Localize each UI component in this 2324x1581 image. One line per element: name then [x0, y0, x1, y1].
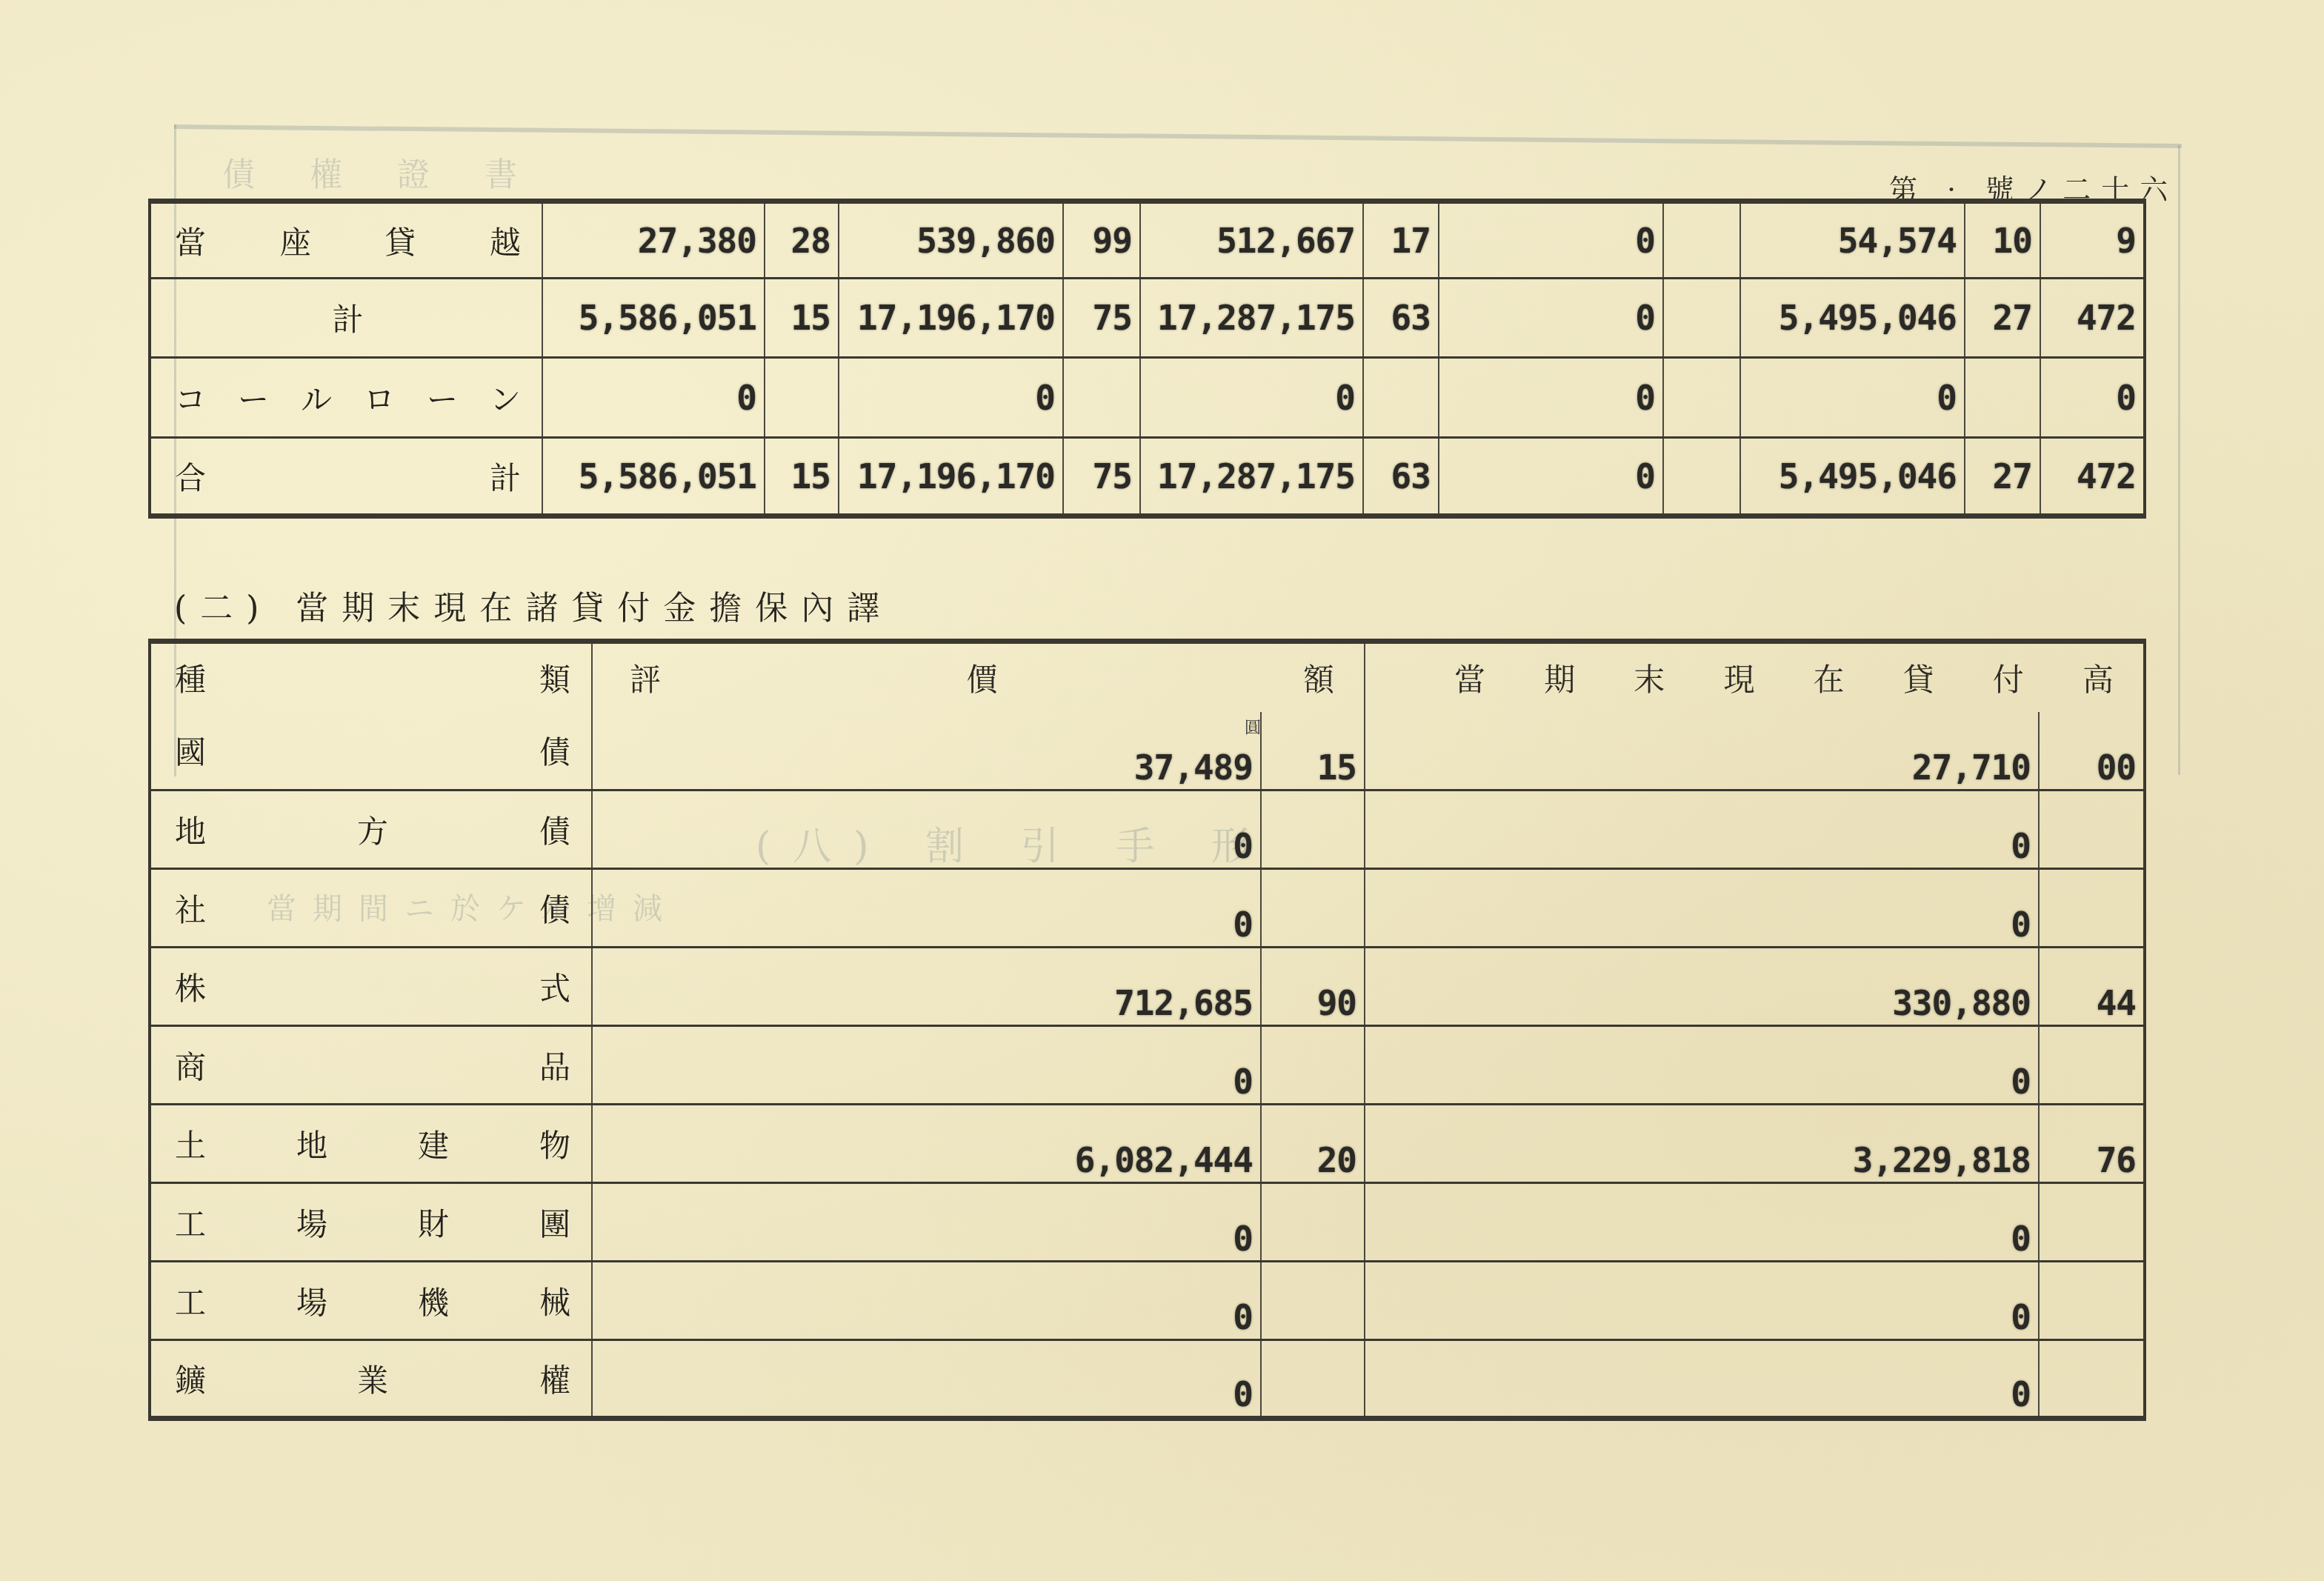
table-row: 社債00	[150, 869, 2145, 948]
label-char: 債	[539, 728, 570, 773]
valuation-sen	[1261, 1340, 1365, 1419]
yen-cell: 0	[1439, 438, 1663, 516]
sen-cell: 99	[1063, 202, 1140, 279]
table-row: 工場機械00	[150, 1262, 2145, 1340]
valuation-sen: 15	[1261, 712, 1365, 790]
sen-cell	[1063, 358, 1140, 438]
header-char: 類	[539, 656, 570, 700]
label-char: 建	[418, 1122, 449, 1166]
yen-cell: 472	[2040, 438, 2145, 516]
collateral-type: 株式	[150, 948, 592, 1026]
valuation-sen: 90	[1261, 948, 1365, 1026]
sen-cell: 75	[1063, 279, 1140, 358]
collateral-type: 工場財團	[150, 1183, 592, 1262]
valuation-yen: 0	[592, 1262, 1261, 1340]
current-yen: 3,229,818	[1365, 1105, 2039, 1183]
sen-cell	[765, 358, 839, 438]
current-yen: 0	[1365, 790, 2039, 869]
current-yen: 0	[1365, 1026, 2039, 1105]
bleed-through-header: 債 權 證 書	[222, 148, 539, 196]
yen-cell: 27,380	[542, 202, 765, 279]
collateral-type: 土地建物	[150, 1105, 592, 1183]
collateral-type: 地方債	[150, 790, 592, 869]
label-char: 債	[539, 886, 570, 931]
label-char: 械	[539, 1279, 570, 1323]
yen-cell: 0	[839, 358, 1063, 438]
label-char: 商	[175, 1043, 206, 1088]
collateral-type: 社債	[150, 869, 592, 948]
yen-cell: 539,860	[839, 202, 1063, 279]
yen-cell: 0	[1439, 202, 1663, 279]
valuation-yen: 0	[592, 1026, 1261, 1105]
yen-unit-mark: 圓	[1245, 715, 1261, 738]
label-char: ン	[490, 376, 521, 420]
current-yen: 0	[1365, 1340, 2039, 1419]
label-char: ー	[427, 376, 458, 420]
yen-cell: 5,495,046	[1740, 279, 1965, 358]
label-char: 權	[539, 1357, 570, 1401]
header-char: 種	[175, 656, 206, 700]
label-char: 地	[296, 1122, 327, 1166]
valuation-yen: 0	[592, 1340, 1261, 1419]
header-char: 貸	[1903, 656, 1934, 700]
valuation-sen	[1261, 869, 1365, 948]
label-char: 團	[539, 1200, 570, 1245]
label-char: 鑛	[175, 1357, 206, 1401]
label-char: 計	[332, 296, 363, 340]
header-char: 末	[1634, 656, 1665, 700]
yen-cell: 17,196,170	[839, 438, 1063, 516]
table-row: 國債37,4891527,71000	[150, 712, 2145, 790]
yen-cell: 0	[542, 358, 765, 438]
table-row: 地方債00	[150, 790, 2145, 869]
header-current-balance: 當期末現在貸付高	[1365, 642, 2145, 712]
valuation-yen: 712,685	[592, 948, 1261, 1026]
current-yen: 0	[1365, 869, 2039, 948]
header-char: 付	[1993, 656, 2024, 700]
label-char: 當	[175, 219, 206, 263]
current-sen: 44	[2039, 948, 2145, 1026]
label-char: 場	[296, 1279, 327, 1323]
yen-cell: 9	[2040, 202, 2145, 279]
label-char: 越	[490, 219, 521, 263]
yen-cell: 17,287,175	[1140, 438, 1363, 516]
sen-cell: 17	[1363, 202, 1439, 279]
label-char: 物	[539, 1122, 570, 1166]
table-row: 土地建物6,082,444203,229,81876	[150, 1105, 2145, 1183]
valuation-sen	[1261, 1183, 1365, 1262]
label-char: 式	[539, 965, 570, 1009]
current-yen: 330,880	[1365, 948, 2039, 1026]
label-char: 工	[175, 1279, 206, 1323]
sen-cell: 63	[1363, 279, 1439, 358]
sen-cell	[1663, 438, 1740, 516]
current-yen: 0	[1365, 1262, 2039, 1340]
header-type: 種類	[150, 642, 592, 712]
label-char: 業	[357, 1357, 388, 1401]
current-sen	[2039, 869, 2145, 948]
yen-cell: 512,667	[1140, 202, 1363, 279]
yen-cell: 0	[1740, 358, 1965, 438]
label-char: 品	[539, 1043, 570, 1088]
row-label: 當座貸越	[150, 202, 542, 279]
bleed-through-rule	[174, 124, 2182, 148]
label-char: 財	[418, 1200, 449, 1245]
label-char: コ	[175, 376, 206, 420]
table-row: 商品00	[150, 1026, 2145, 1105]
label-char: ル	[301, 376, 332, 420]
label-char: 貸	[384, 219, 416, 263]
current-yen: 0	[1365, 1183, 2039, 1262]
header-char: 期	[1544, 656, 1575, 700]
row-label: コールローン	[150, 358, 542, 438]
header-char: 高	[2082, 656, 2114, 700]
header-char: 現	[1723, 656, 1754, 700]
header-char: 當	[1454, 656, 1485, 700]
yen-cell: 0	[1439, 279, 1663, 358]
collateral-type: 鑛業權	[150, 1340, 592, 1419]
yen-cell: 0	[1140, 358, 1363, 438]
current-sen: 00	[2039, 712, 2145, 790]
collateral-type: 商品	[150, 1026, 592, 1105]
sen-cell: 15	[765, 438, 839, 516]
section-title: (二) 當期末現在諸貸付金擔保內譯	[174, 582, 893, 629]
header-char: 額	[1303, 656, 1334, 700]
label-char: 株	[175, 965, 206, 1009]
label-char: 債	[539, 808, 570, 852]
yen-cell: 17,287,175	[1140, 279, 1363, 358]
valuation-sen	[1261, 1026, 1365, 1105]
label-char: 地	[175, 808, 206, 852]
table-row: 工場財團00	[150, 1183, 2145, 1262]
collateral-breakdown-table: 種類 評價額 當期末現在貸付高 國債37,4891527,71000地方債00社…	[148, 639, 2146, 1421]
valuation-sen	[1261, 1262, 1365, 1340]
yen-cell: 472	[2040, 279, 2145, 358]
table-row: 株式712,68590330,88044	[150, 948, 2145, 1026]
table-row: 鑛業權00	[150, 1340, 2145, 1419]
sen-cell	[1965, 358, 2040, 438]
sen-cell: 75	[1063, 438, 1140, 516]
yen-cell: 5,586,051	[542, 438, 765, 516]
yen-cell: 17,196,170	[839, 279, 1063, 358]
label-char: 機	[418, 1279, 449, 1323]
sen-cell: 63	[1363, 438, 1439, 516]
header-char: 在	[1814, 656, 1845, 700]
table-row: 合計5,586,0511517,196,1707517,287,1756305,…	[150, 438, 2145, 516]
sen-cell: 10	[1965, 202, 2040, 279]
loan-summary-table: 當座貸越27,38028539,86099512,66717054,574109…	[148, 199, 2146, 519]
sen-cell: 15	[765, 279, 839, 358]
yen-cell: 0	[1439, 358, 1663, 438]
table-row: 當座貸越27,38028539,86099512,66717054,574109	[150, 202, 2145, 279]
current-yen: 27,710	[1365, 712, 2039, 790]
header-char: 價	[967, 656, 998, 700]
label-char: 計	[490, 454, 521, 499]
valuation-yen: 0	[592, 869, 1261, 948]
bleed-through-rule	[2178, 145, 2180, 775]
sen-cell	[1663, 202, 1740, 279]
yen-cell: 54,574	[1740, 202, 1965, 279]
yen-cell: 5,586,051	[542, 279, 765, 358]
table-row: コールローン000000	[150, 358, 2145, 438]
sen-cell	[1363, 358, 1439, 438]
label-char: 方	[357, 808, 388, 852]
header-valuation: 評價額	[592, 642, 1365, 712]
label-char: 座	[280, 219, 311, 263]
collateral-type: 國債	[150, 712, 592, 790]
label-char: ー	[238, 376, 269, 420]
current-sen: 76	[2039, 1105, 2145, 1183]
current-sen	[2039, 1183, 2145, 1262]
current-sen	[2039, 1340, 2145, 1419]
valuation-yen: 0	[592, 1183, 1261, 1262]
yen-cell: 0	[2040, 358, 2145, 438]
valuation-sen: 20	[1261, 1105, 1365, 1183]
current-sen	[2039, 1262, 2145, 1340]
current-sen	[2039, 790, 2145, 869]
sen-cell	[1663, 358, 1740, 438]
table-row: 計5,586,0511517,196,1707517,287,1756305,4…	[150, 279, 2145, 358]
label-char: 場	[296, 1200, 327, 1245]
valuation-yen: 6,082,444	[592, 1105, 1261, 1183]
sen-cell: 28	[765, 202, 839, 279]
sen-cell	[1663, 279, 1740, 358]
row-label: 合計	[150, 438, 542, 516]
label-char: 工	[175, 1200, 206, 1245]
row-label: 計	[150, 279, 542, 358]
header-char: 評	[630, 656, 661, 700]
valuation-yen: 37,489	[592, 712, 1261, 790]
collateral-type: 工場機械	[150, 1262, 592, 1340]
label-char: 合	[175, 454, 206, 499]
label-char: 國	[175, 728, 206, 773]
current-sen	[2039, 1026, 2145, 1105]
yen-cell: 5,495,046	[1740, 438, 1965, 516]
label-char: ロ	[364, 376, 395, 420]
label-char: 社	[175, 886, 206, 931]
sen-cell: 27	[1965, 279, 2040, 358]
valuation-sen	[1261, 790, 1365, 869]
sen-cell: 27	[1965, 438, 2040, 516]
label-char: 土	[175, 1122, 206, 1166]
valuation-yen: 0	[592, 790, 1261, 869]
